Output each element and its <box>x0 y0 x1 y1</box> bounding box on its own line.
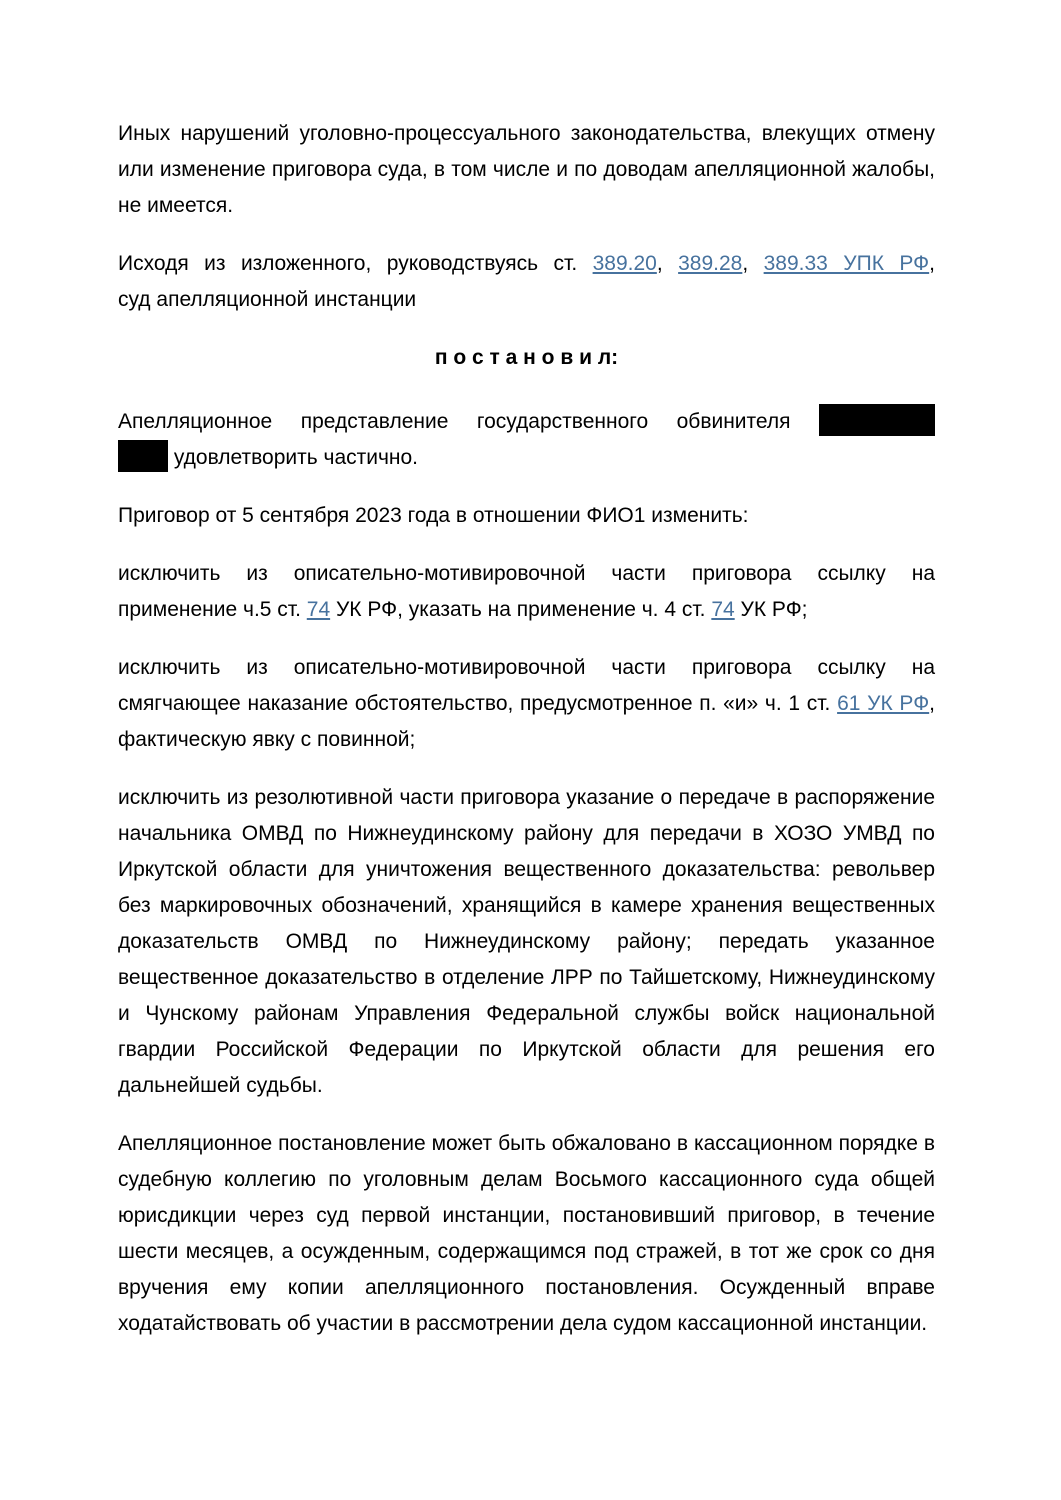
document-paragraph: Апелляционное представление государствен… <box>118 404 935 476</box>
text-run: исключить из описательно-мотивировочной … <box>118 656 935 715</box>
document-paragraph: Иных нарушений уголовно-процессуального … <box>118 116 935 224</box>
legal-reference-link[interactable]: 389.33 УПК РФ <box>764 252 930 275</box>
document-content: Иных нарушений уголовно-процессуального … <box>118 116 935 1342</box>
court-decision-page: Иных нарушений уголовно-процессуального … <box>0 0 1061 1500</box>
text-run: Апелляционное постановление может быть о… <box>118 1132 935 1335</box>
text-run: Исходя из изложенного, руководствуясь ст… <box>118 252 593 275</box>
text-group: суд апелляционной инстанции <box>118 288 416 311</box>
redaction-box <box>118 440 168 472</box>
legal-reference-link[interactable]: 61 УК РФ <box>837 692 929 715</box>
text-run: , <box>657 252 678 275</box>
text-run: , <box>929 252 935 275</box>
text-run: исключить из резолютивной части приговор… <box>118 786 935 1097</box>
document-paragraph: Приговор от 5 сентября 2023 года в отнош… <box>118 498 935 534</box>
text-run: п о с т а н о в и л: <box>435 346 618 369</box>
text-run: Приговор от 5 сентября 2023 года в отнош… <box>118 504 748 527</box>
text-run: , <box>742 252 763 275</box>
text-run: УК РФ; <box>735 598 808 621</box>
text-run: Апелляционное представление государствен… <box>118 410 819 433</box>
legal-reference-link[interactable]: 74 <box>711 598 734 621</box>
document-paragraph: Исходя из изложенного, руководствуясь ст… <box>118 246 935 318</box>
document-paragraph: исключить из резолютивной части приговор… <box>118 780 935 1104</box>
text-run: удовлетворить частично. <box>168 446 418 469</box>
legal-reference-link[interactable]: 389.28 <box>678 252 742 275</box>
legal-reference-link[interactable]: 389.20 <box>593 252 657 275</box>
legal-reference-link[interactable]: 74 <box>307 598 330 621</box>
text-run: УК РФ, указать на применение ч. 4 ст. <box>330 598 711 621</box>
document-paragraph: исключить из описательно-мотивировочной … <box>118 650 935 758</box>
ruling-heading: п о с т а н о в и л: <box>118 340 935 376</box>
text-run: Иных нарушений уголовно-процессуального … <box>118 122 935 217</box>
document-paragraph: Апелляционное постановление может быть о… <box>118 1126 935 1342</box>
redaction-box <box>819 404 935 436</box>
text-group: удовлетворить частично. <box>118 446 418 469</box>
text-run: суд апелляционной инстанции <box>118 288 416 311</box>
document-paragraph: исключить из описательно-мотивировочной … <box>118 556 935 628</box>
